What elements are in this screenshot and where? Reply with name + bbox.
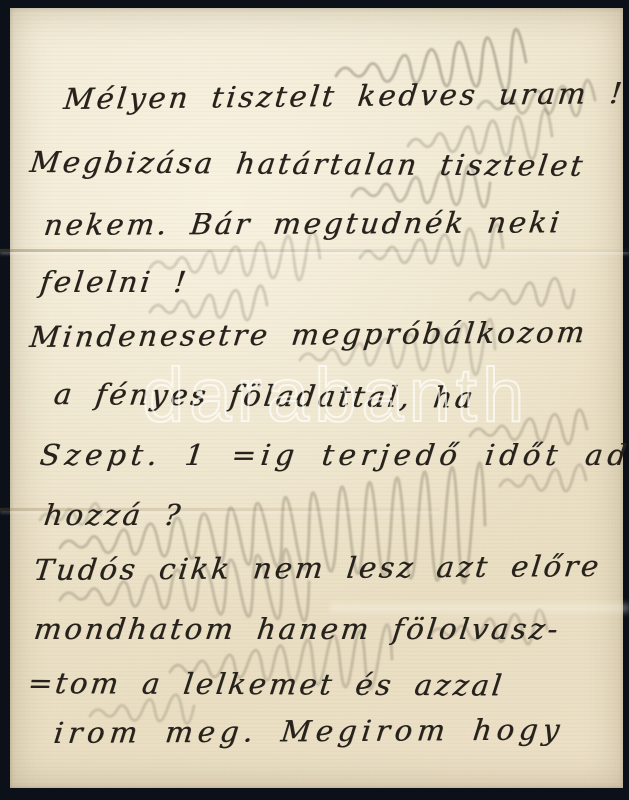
scan-background: Mélyen tisztelt kedves uram ! Megbizása …	[0, 0, 629, 800]
letter-line: Szept. 1 =ig terjedő időt ad	[38, 438, 629, 472]
letter-line: felelni !	[38, 265, 191, 299]
letter-line: Megbizása határtalan tisztelet	[28, 145, 587, 183]
letter-line: Mélyen tisztelt kedves uram !	[62, 76, 626, 116]
letter-line: hozzá ?	[42, 498, 185, 532]
letter-line: Tudós cikk nem lesz azt előre	[32, 549, 603, 587]
letter-line: mondhatom hanem fölolvasz-	[32, 612, 563, 646]
letter-line: a fényes föladattal, ha	[52, 377, 478, 415]
letter-line: nekem. Bár megtudnék neki	[42, 205, 564, 242]
letter-line: irom meg. Megirom hogy	[52, 712, 566, 750]
letter-line: =tom a lelkemet és azzal	[26, 666, 506, 702]
letter-line: Mindenesetre megpróbálkozom	[28, 315, 589, 354]
